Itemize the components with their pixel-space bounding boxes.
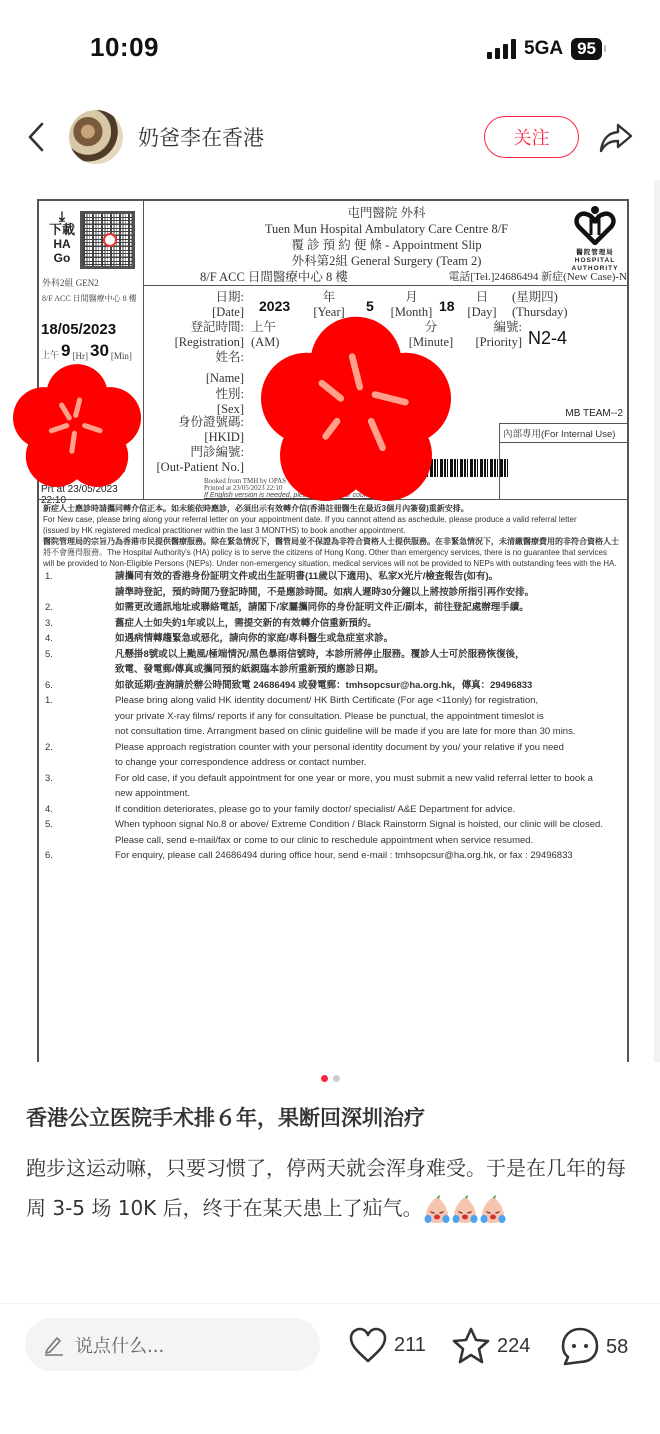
note-item: 2.如需更改通訊地址或聯絡電話，請閣下/家屬攜同你的身份証明文件正/副本，前往登… — [43, 600, 625, 616]
crying-face-icon — [451, 1195, 479, 1225]
note-item: 5.凡懸掛8號或以上颱風/極端情況/黑色暴雨信號時，本診所將停止服務。覆診人士可… — [43, 647, 625, 663]
engagement-bar: 说点什么... 211 224 58 — [0, 1303, 660, 1434]
note-item: 致電、發電郵/傳真或攜同預約紙親臨本診所重新預約應診日期。 — [43, 662, 625, 678]
ha-logo-icon — [574, 205, 616, 245]
slip-header: 屯門醫院 外科 Tuen Mun Hospital Ambulatory Car… — [144, 201, 629, 286]
comment-input[interactable]: 说点什么... — [25, 1318, 320, 1371]
favorite-button[interactable]: 224 — [451, 1326, 530, 1366]
post-header: 奶爸李在香港 关注 — [0, 100, 660, 174]
note-item: 5.When typhoon signal No.8 or above/ Ext… — [43, 817, 625, 833]
note-item: 3.For old case, if you default appointme… — [43, 771, 625, 787]
share-button[interactable] — [598, 120, 634, 156]
slip-notes: 新症人士應診時請攜同轉介信正本。如未能依時應診，必須出示有效轉介信(香港註冊醫生… — [39, 499, 629, 867]
note-item: your private X-ray films/ reports if any… — [43, 709, 625, 725]
notes-chinese: 1.請攜同有效的香港身份証明文件或出生証明書(11歲以下適用)、私家X光片/檢查… — [43, 569, 625, 693]
note-item: not consultation time. Arrangment based … — [43, 724, 625, 740]
crying-face-icon — [479, 1195, 507, 1225]
follow-button[interactable]: 关注 — [484, 116, 579, 158]
comment-bubble-icon — [560, 1326, 600, 1368]
comment-placeholder: 说点什么... — [75, 1332, 164, 1358]
crying-face-icon — [423, 1195, 451, 1225]
appointment-slip-image: ⤓ 下載 HA Go 外科2組 GEN2 8/F ACC 日間醫療中心 8 樓 … — [37, 199, 629, 1062]
note-item: new appointment. — [43, 786, 625, 802]
next-image-peek — [654, 180, 660, 1062]
pagination-dot-2[interactable] — [333, 1075, 340, 1082]
like-button[interactable]: 211 — [348, 1326, 426, 1364]
mb-team: MB TEAM--2 — [565, 408, 623, 419]
slip-time: 上午 9 [Hr] 30 [Min] — [41, 341, 132, 361]
comment-count: 58 — [606, 1336, 628, 1359]
pagination-dot-1[interactable] — [321, 1075, 328, 1082]
note-item: 1.Please bring along valid HK identity d… — [43, 693, 625, 709]
note-item: 請準時登記，預約時間乃登記時間，不是應診時間。如病人遲時30分鐘以上將按診所指引… — [43, 585, 625, 601]
chevron-left-icon — [22, 118, 52, 156]
status-time: 10:09 — [90, 32, 159, 63]
note-item: 4.如遇病情轉趨緊急或惡化，請向你的家庭/專科醫生或急症室求診。 — [43, 631, 625, 647]
slip-team-short: 外科2組 GEN2 — [42, 277, 99, 289]
favorite-count: 224 — [497, 1335, 530, 1358]
comment-button[interactable]: 58 — [560, 1326, 628, 1368]
note-item: 3.舊症人士如失約1年或以上，需提交新的有效轉介信重新預約。 — [43, 616, 625, 632]
note-item: to change your correspondence address or… — [43, 755, 625, 771]
battery-icon: 95 — [571, 38, 602, 60]
share-icon — [598, 120, 634, 156]
post-title: 香港公立医院手术排６年，果断回深圳治疗 — [26, 1102, 636, 1132]
note-item: 1.請攜同有效的香港身份証明文件或出生証明書(11歲以下適用)、私家X光片/檢查… — [43, 569, 625, 585]
author-name[interactable]: 奶爸李在香港 — [138, 122, 264, 152]
image-carousel[interactable]: ⤓ 下載 HA Go 外科2組 GEN2 8/F ACC 日間醫療中心 8 樓 … — [0, 180, 660, 1062]
network-type: 5GA — [524, 38, 563, 60]
note-item: Please call, send e-mail/fax or come to … — [43, 833, 625, 849]
priority-number: N2-4 — [528, 328, 567, 349]
hospital-authority-logo: 醫院管理局 HOSPITAL AUTHORITY — [565, 205, 625, 271]
download-icon: ⤓ — [44, 209, 80, 223]
qr-logo-icon — [103, 233, 117, 247]
note-item: 6.For enquiry, please call 24686494 duri… — [43, 848, 625, 864]
note-item: 6.如欲延期/查詢請於辦公時間致電 24686494 或發電郵：tmhsopcs… — [43, 678, 625, 694]
note-item: 4.If condition deteriorates, please go t… — [43, 802, 625, 818]
pencil-icon — [43, 1334, 65, 1356]
signal-icon — [487, 39, 516, 59]
note-item: 2.Please approach registration counter w… — [43, 740, 625, 756]
slip-date: 18/05/2023 — [41, 321, 116, 338]
slip-location-short: 8/F ACC 日間醫療中心 8 樓 — [42, 293, 142, 305]
avatar[interactable] — [69, 110, 123, 164]
privacy-sticker-icon — [261, 311, 451, 501]
status-bar: 10:09 5GA 95 — [0, 0, 660, 100]
heart-icon — [348, 1326, 388, 1364]
carousel-pagination — [0, 1075, 660, 1082]
post-body: 跑步这运动嘛，只要习惯了，停两天就会浑身难受。于是在几年的每周 3-5 场 10… — [26, 1148, 636, 1228]
privacy-sticker-icon — [11, 359, 143, 487]
hago-download: ⤓ 下載 HA Go — [44, 209, 80, 265]
emoji-group — [423, 1196, 507, 1220]
notes-english: 1.Please bring along valid HK identity d… — [43, 693, 625, 864]
status-indicators: 5GA 95 — [487, 38, 602, 60]
internal-use-box: 內部專用(For Internal Use) — [499, 423, 629, 499]
star-icon — [451, 1326, 491, 1366]
like-count: 211 — [394, 1334, 426, 1357]
back-button[interactable] — [22, 118, 52, 156]
